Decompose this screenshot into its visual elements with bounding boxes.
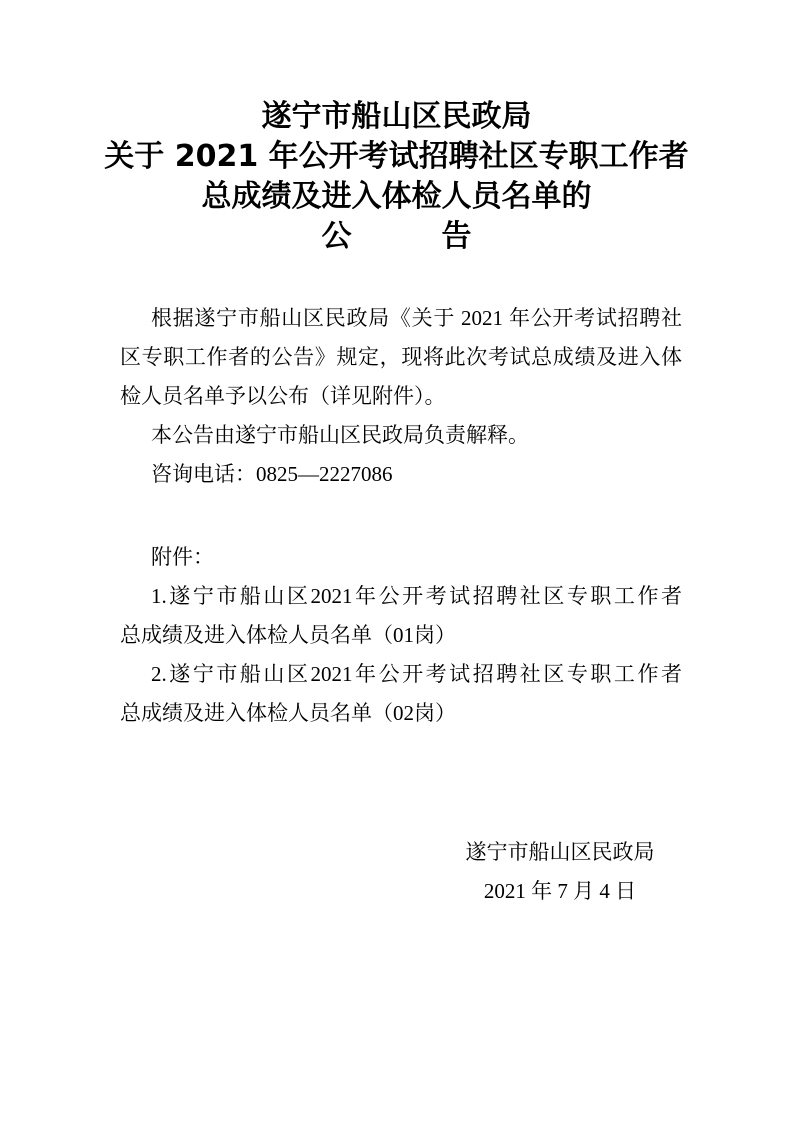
signature-block: 遂宁市船山区民政局 2021 年 7 月 4 日 — [435, 833, 685, 911]
document-body: 根据遂宁市船山区民政局《关于 2021 年公开考试招聘社 区专职工作者的公告》规… — [120, 299, 682, 911]
document-page: 遂宁市船山区民政局 关于 2021 年公开考试招聘社区专职工作者 总成绩及进入体… — [0, 0, 793, 1122]
title-line-subject-1: 关于 2021 年公开考试招聘社区专职工作者 — [0, 137, 793, 177]
attachment-item-1: 1.遂宁市船山区2021年公开考试招聘社区专职工作者 总成绩及进入体检人员名单（… — [120, 577, 682, 655]
paragraph-interpretation: 本公告由遂宁市船山区民政局负责解释。 — [120, 416, 682, 455]
title-line-announcement: 公 告 — [0, 217, 793, 257]
issuer-name: 遂宁市船山区民政局 — [435, 833, 685, 872]
attachment-item-2-line-2: 总成绩及进入体检人员名单（02岗） — [120, 694, 682, 733]
title-line-subject-2: 总成绩及进入体检人员名单的 — [0, 177, 793, 217]
paragraph-basis-line-2: 区专职工作者的公告》规定，现将此次考试总成绩及进入体 — [120, 338, 682, 377]
paragraph-interpretation-line: 本公告由遂宁市船山区民政局负责解释。 — [120, 416, 682, 455]
issue-date: 2021 年 7 月 4 日 — [435, 872, 685, 911]
contact-phone-line: 咨询电话：0825—2227086 — [120, 455, 682, 494]
title-line-agency: 遂宁市船山区民政局 — [0, 97, 793, 137]
attachments-section: 附件： 1.遂宁市船山区2021年公开考试招聘社区专职工作者 总成绩及进入体检人… — [120, 538, 682, 733]
attachment-item-1-line-2: 总成绩及进入体检人员名单（01岗） — [120, 616, 682, 655]
document-title: 遂宁市船山区民政局 关于 2021 年公开考试招聘社区专职工作者 总成绩及进入体… — [0, 97, 793, 257]
attachments-heading: 附件： — [120, 538, 682, 577]
paragraph-basis-line-3: 检人员名单予以公布（详见附件）。 — [120, 377, 682, 416]
paragraph-contact: 咨询电话：0825—2227086 — [120, 455, 682, 494]
paragraph-basis: 根据遂宁市船山区民政局《关于 2021 年公开考试招聘社 区专职工作者的公告》规… — [120, 299, 682, 416]
paragraph-basis-line-1: 根据遂宁市船山区民政局《关于 2021 年公开考试招聘社 — [120, 299, 682, 338]
attachment-item-1-line-1: 1.遂宁市船山区2021年公开考试招聘社区专职工作者 — [120, 577, 682, 616]
attachment-item-2-line-1: 2.遂宁市船山区2021年公开考试招聘社区专职工作者 — [120, 655, 682, 694]
attachment-item-2: 2.遂宁市船山区2021年公开考试招聘社区专职工作者 总成绩及进入体检人员名单（… — [120, 655, 682, 733]
